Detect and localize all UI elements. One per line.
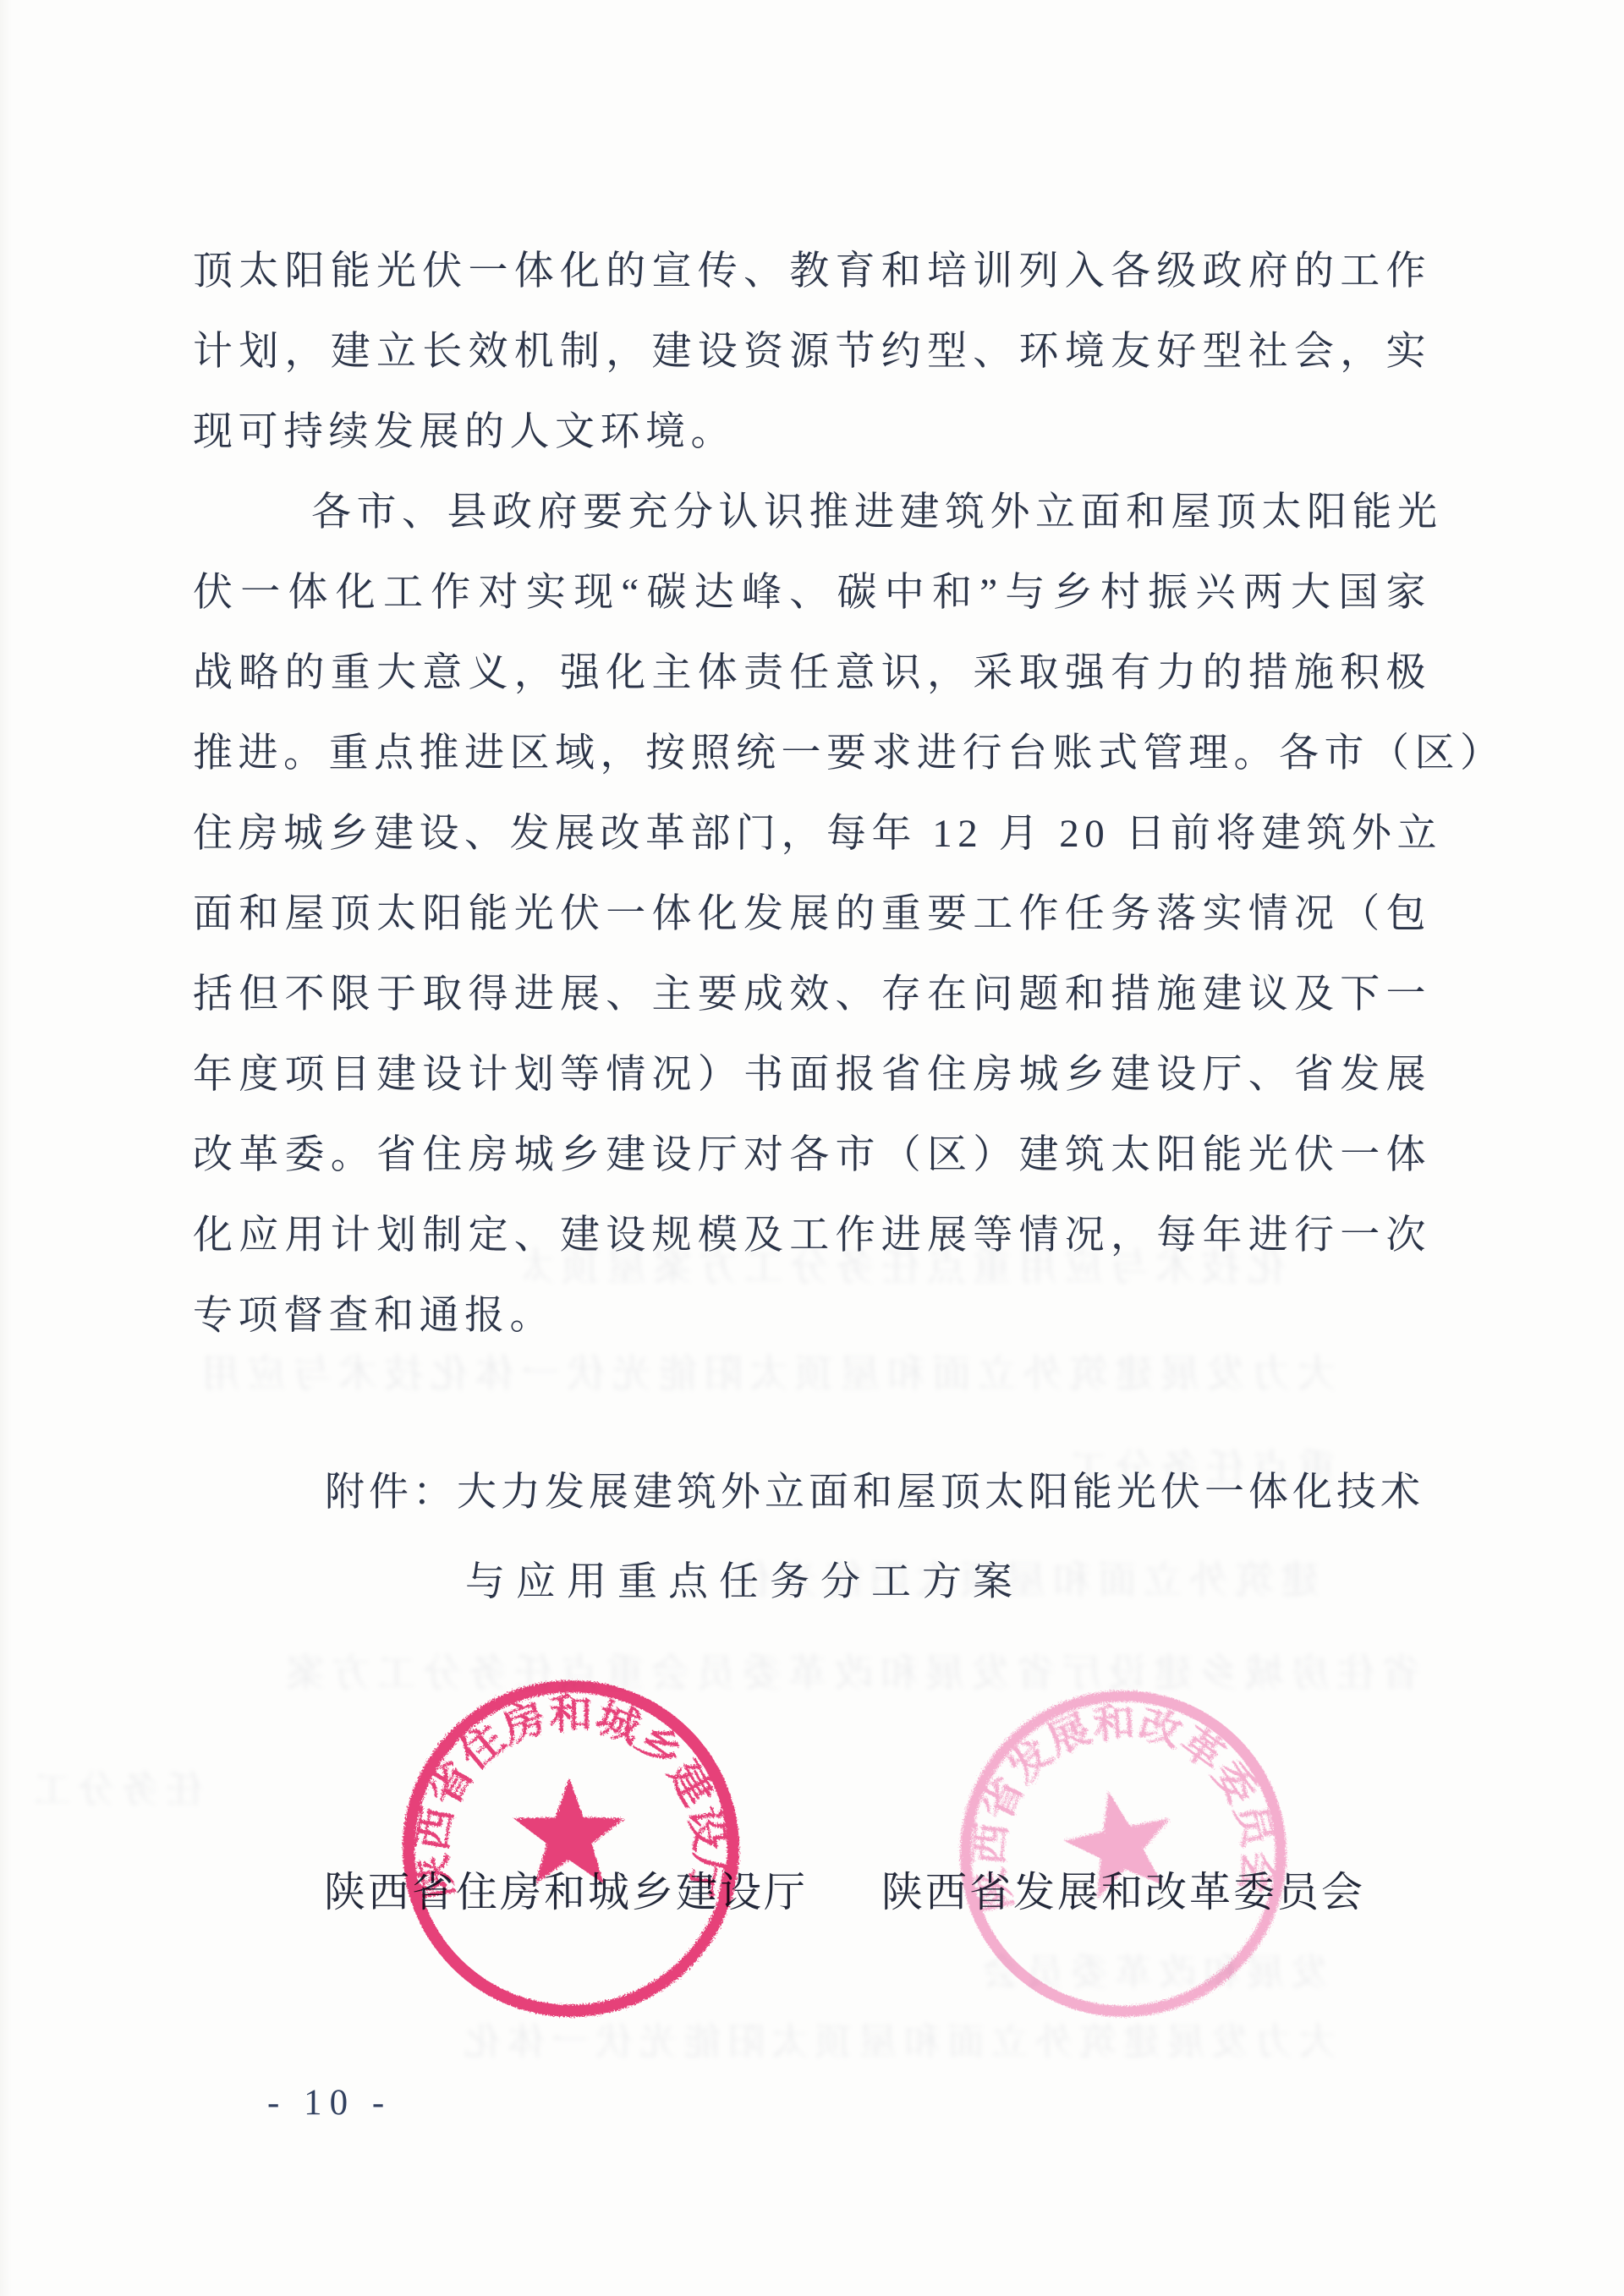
- document-page: 化技术与应用重点任务分工方案屋顶太阳能 大力发展建筑外立面和屋顶太阳能光伏一体化…: [0, 0, 1624, 2296]
- text-line: 住房城乡建设、发展改革部门，每年 12 月 20 日前将建筑外立: [193, 794, 1431, 874]
- bleedthrough-strip: 任务分工: [34, 1759, 203, 1813]
- attachment-block: 附件：大力发展建筑外立面和屋顶太阳能光伏一体化技术 与应用重点任务分工方案: [193, 1448, 1431, 1627]
- text-line: 面和屋顶太阳能光伏一体化发展的重要工作任务落实情况（包: [193, 874, 1431, 955]
- text-line: 化应用计划制定、建设规模及工作进展等情况，每年进行一次: [193, 1196, 1431, 1276]
- body-text: 顶太阳能光伏一体化的宣传、教育和培训列入各级政府的工作 计划，建立长效机制，建设…: [193, 232, 1431, 1356]
- text-line: 各市、县政府要充分认识推进建筑外立面和屋顶太阳能光: [193, 473, 1431, 553]
- official-seal-left: 陕西省住房和城乡建设厅: [392, 1669, 750, 2028]
- seal-star: [1056, 1780, 1183, 1904]
- text-line: 专项督查和通报。: [193, 1276, 1431, 1356]
- text-line: 现可持续发展的人文环境。: [193, 392, 1431, 473]
- seal-star: [513, 1778, 625, 1883]
- text-line: 改革委。省住房城乡建设厅对各市（区）建筑太阳能光伏一体: [193, 1115, 1431, 1196]
- text-line: 年度项目建设计划等情况）书面报省住房城乡建设厅、省发展: [193, 1035, 1431, 1115]
- page-number: - 10 -: [267, 2082, 392, 2123]
- text-line: 括但不限于取得进展、主要成效、存在问题和措施建议及下一: [193, 955, 1431, 1035]
- attachment-line: 附件：大力发展建筑外立面和屋顶太阳能光伏一体化技术: [193, 1448, 1431, 1537]
- svg-text:陕西省发展和改革委员会: 陕西省发展和改革委员会: [956, 1690, 1284, 1916]
- seal-arc-text: 陕西省发展和改革委员会: [956, 1690, 1284, 1916]
- text-line: 计划，建立长效机制，建设资源节约型、环境友好型社会，实: [193, 312, 1431, 392]
- text-line: 战略的重大意义，强化主体责任意识，采取强有力的措施积极: [193, 633, 1431, 714]
- text-line: 顶太阳能光伏一体化的宣传、教育和培训列入各级政府的工作: [193, 232, 1431, 312]
- attachment-line: 与应用重点任务分工方案: [193, 1537, 1431, 1627]
- official-seal-right: 陕西省发展和改革委员会: [937, 1668, 1309, 2040]
- text-line: 伏一体化工作对实现“碳达峰、碳中和”与乡村振兴两大国家: [193, 553, 1431, 633]
- text-line: 推进。重点推进区域，按照统一要求进行台账式管理。各市（区）: [193, 714, 1431, 794]
